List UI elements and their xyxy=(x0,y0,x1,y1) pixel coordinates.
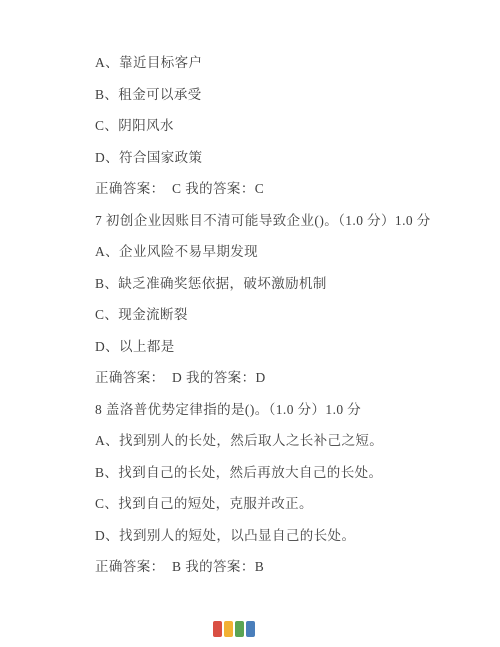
watermark-logo xyxy=(213,617,255,637)
q6-option-a: A、靠近目标客户 xyxy=(95,56,470,71)
q6-answer-line: 正确答案： C 我的答案：C xyxy=(95,182,470,197)
q7-option-c: C、现金流断裂 xyxy=(95,308,470,323)
q7-answer-line: 正确答案： D 我的答案：D xyxy=(95,371,470,386)
q8-stem: 8 盖洛普优势定律指的是()。（1.0 分）1.0 分 xyxy=(95,403,470,418)
q7-stem: 7 初创企业因账目不清可能导致企业()。（1.0 分）1.0 分 xyxy=(95,214,470,229)
q8-option-a: A、找到别人的长处，然后取人之长补己之短。 xyxy=(95,434,470,449)
q8-answer-line: 正确答案： B 我的答案：B xyxy=(95,560,470,575)
q6-option-b: B、租金可以承受 xyxy=(95,88,470,103)
watermark-color-block xyxy=(213,621,222,637)
q7-option-a: A、企业风险不易早期发现 xyxy=(95,245,470,260)
q7-option-b: B、缺乏准确奖惩依据，破坏激励机制 xyxy=(95,277,470,292)
q6-option-c: C、阴阳风水 xyxy=(95,119,470,134)
q8-option-b: B、找到自己的长处，然后再放大自己的长处。 xyxy=(95,466,470,481)
q7-option-d: D、以上都是 xyxy=(95,340,470,355)
q8-option-c: C、找到自己的短处，克服并改正。 xyxy=(95,497,470,512)
quiz-text: A、靠近目标客户 B、租金可以承受 C、阴阳风水 D、符合国家政策 正确答案： … xyxy=(95,56,470,592)
document-page: A、靠近目标客户 B、租金可以承受 C、阴阳风水 D、符合国家政策 正确答案： … xyxy=(0,0,500,647)
q6-option-d: D、符合国家政策 xyxy=(95,151,470,166)
watermark-color-block xyxy=(224,621,233,637)
watermark-color-block xyxy=(246,621,255,637)
q8-option-d: D、找到别人的短处，以凸显自己的长处。 xyxy=(95,529,470,544)
watermark-color-block xyxy=(235,621,244,637)
